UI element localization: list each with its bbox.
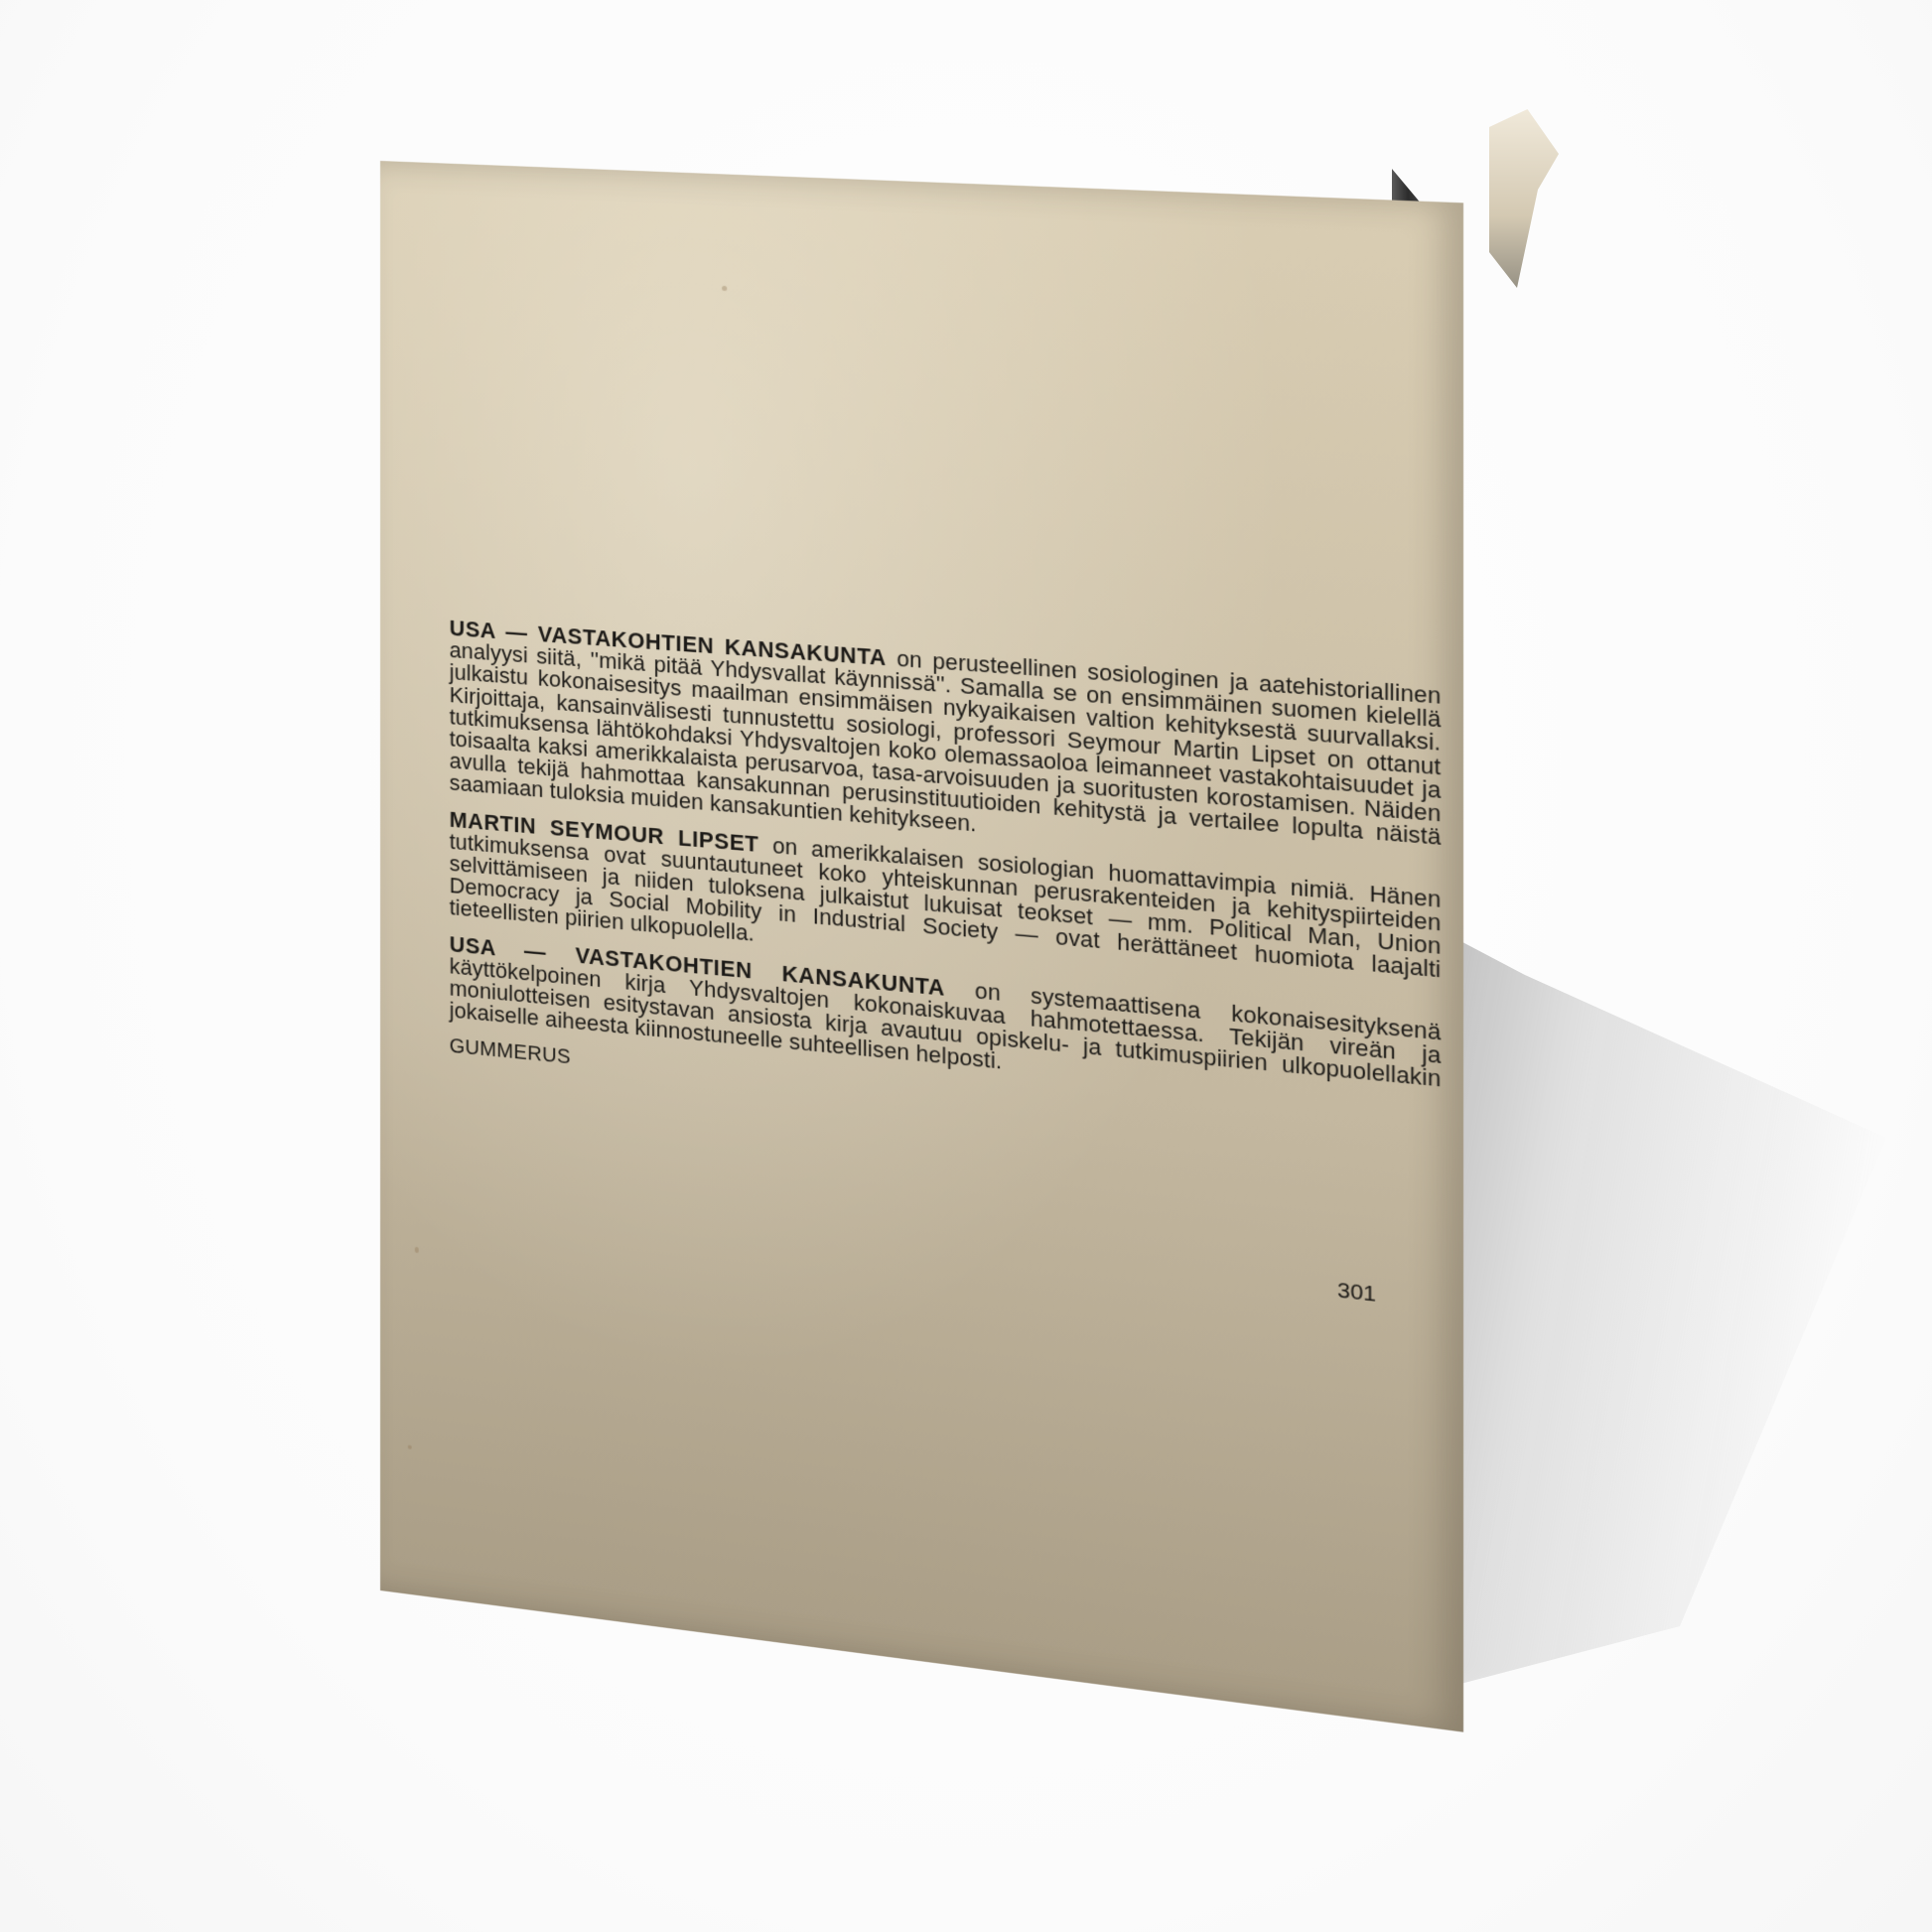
stain-spot bbox=[722, 286, 727, 291]
blurb-text: USA — VASTAKOHTIEN KANSAKUNTA on peruste… bbox=[450, 618, 1442, 1154]
torn-spine-corner bbox=[1489, 109, 1559, 288]
photo-scene: USA — VASTAKOHTIEN KANSAKUNTA on peruste… bbox=[0, 0, 1932, 1932]
book-back-cover: USA — VASTAKOHTIEN KANSAKUNTA on peruste… bbox=[380, 161, 1463, 1732]
handwritten-price: 23,- bbox=[791, 1669, 885, 1725]
stain-spot bbox=[408, 1445, 412, 1449]
series-number: 301 bbox=[1337, 1279, 1376, 1309]
stain-spot bbox=[415, 1247, 419, 1253]
